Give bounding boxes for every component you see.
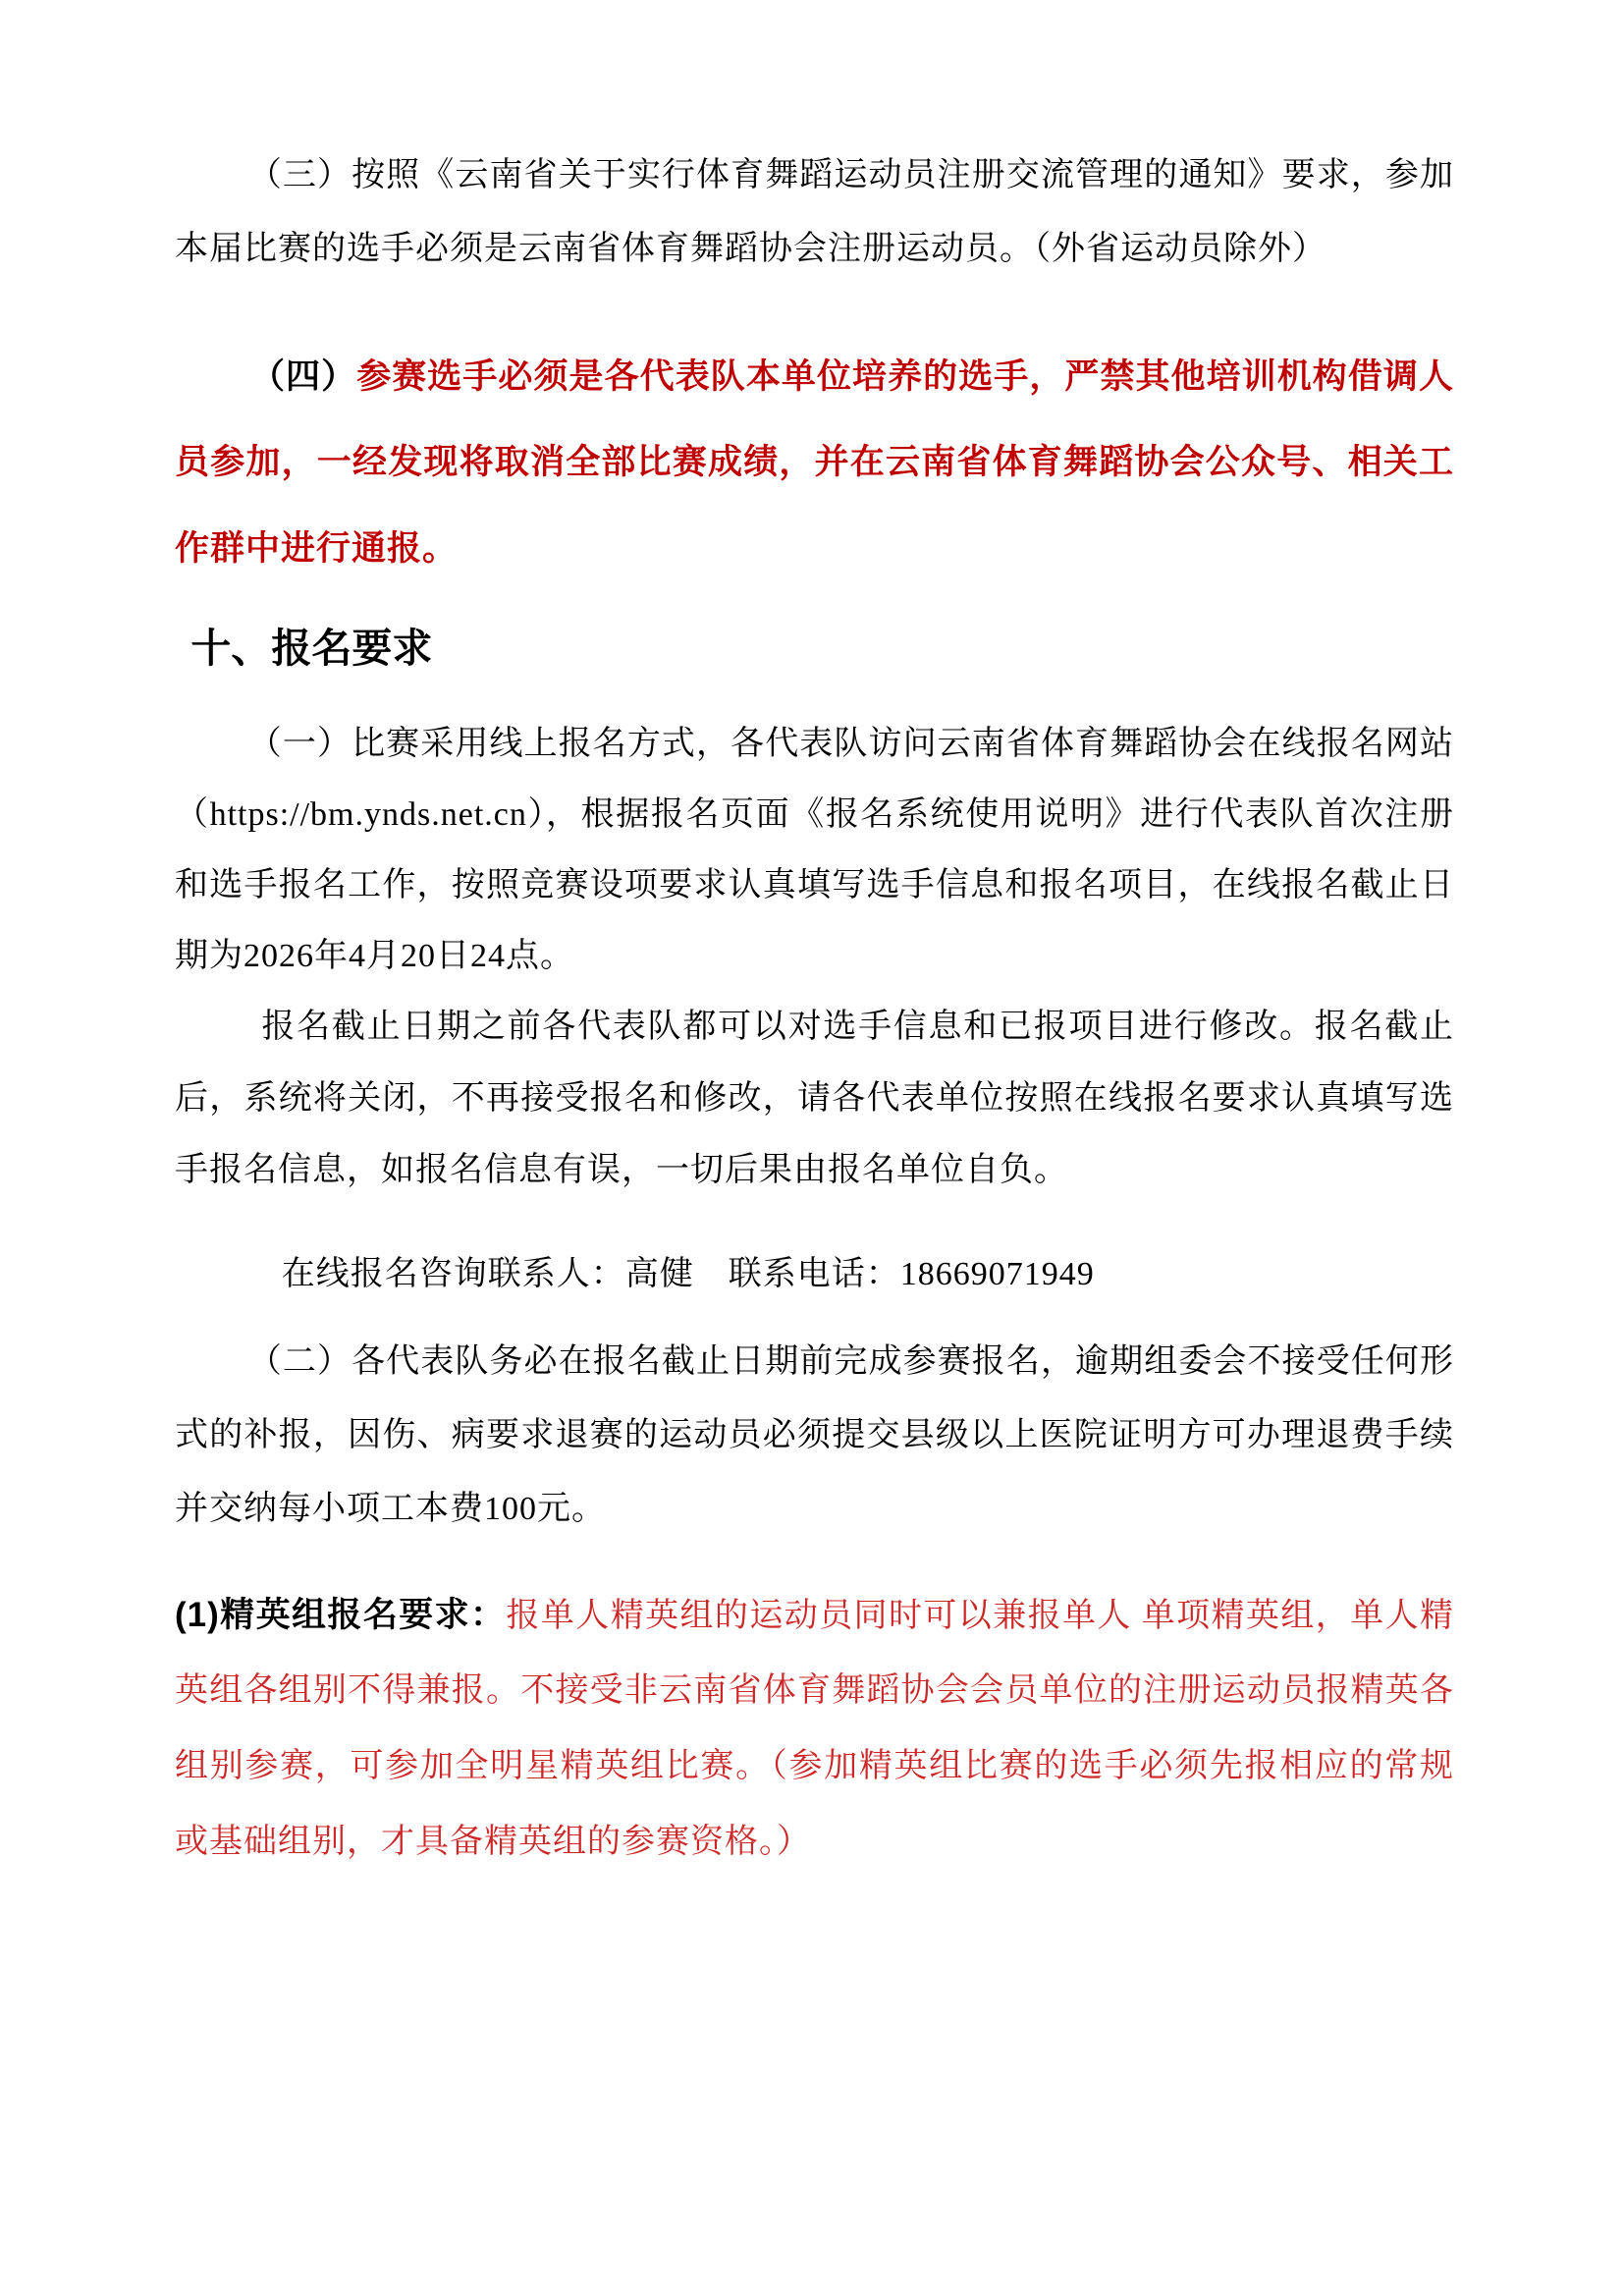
elite-group-label: (1)精英组报名要求： [175, 1596, 506, 1634]
rule-4-warning-red-text: 参赛选手必须是各代表队本单位培养的选手，严禁其他培训机构借调人员参加，一经发现将… [175, 357, 1454, 568]
paragraph-modification-policy: 报名截止日期之前各代表队都可以对选手信息和已报项目进行修改。报名截止后，系统将关… [175, 992, 1454, 1206]
paragraph-elite-group-requirements: (1)精英组报名要求：报单人精英组的运动员同时可以兼报单人 单项精英组，单人精英… [175, 1576, 1454, 1881]
paragraph-online-registration-method: （一）比赛采用线上报名方式，各代表队访问云南省体育舞蹈协会在线报名网站（http… [175, 709, 1454, 992]
paragraph-registration-rule-3: （三）按照《云南省关于实行体育舞蹈运动员注册交流管理的通知》要求，参加本届比赛的… [175, 139, 1454, 287]
paragraph-deadline-and-refund-rule: （二）各代表队务必在报名截止日期前完成参赛报名，逾期组委会不接受任何形式的补报，… [175, 1326, 1454, 1546]
contact-info-line: 在线报名咨询联系人：高健 联系电话：18669071949 [175, 1241, 1454, 1308]
rule-4-number-label: （四） [250, 357, 356, 396]
elite-group-red-text: 报单人精英组的运动员同时可以兼报单人 单项精英组，单人精英组各组别不得兼报。不接… [175, 1598, 1454, 1860]
section-heading-registration-requirements: 十、报名要求 [175, 617, 1454, 682]
paragraph-registration-rule-4: （四）参赛选手必须是各代表队本单位培养的选手，严禁其他培训机构借调人员参加，一经… [175, 334, 1454, 592]
document-page: （三）按照《云南省关于实行体育舞蹈运动员注册交流管理的通知》要求，参加本届比赛的… [0, 0, 1623, 2296]
